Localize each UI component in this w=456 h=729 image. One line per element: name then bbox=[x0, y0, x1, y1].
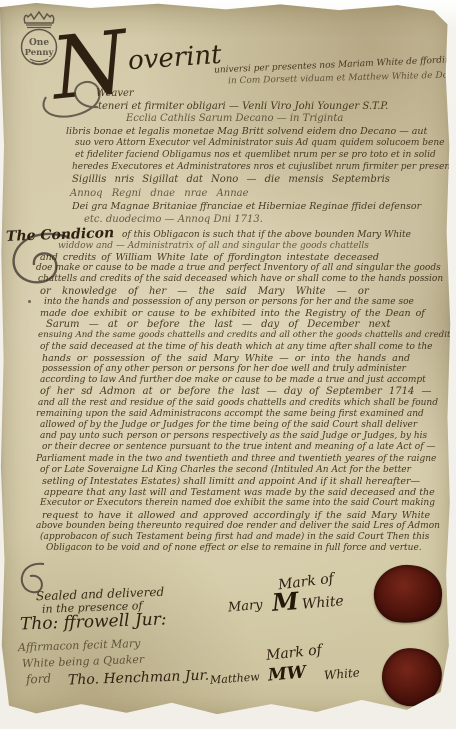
mark-glyph: MW bbox=[267, 664, 306, 684]
condition-line: of or Late Soveraigne Ld King Charles th… bbox=[40, 466, 411, 475]
latin-line: et fideliter faciend Obligamus nos et qu… bbox=[75, 151, 436, 160]
condition-line: or their decree or sentence pursuant to … bbox=[42, 443, 435, 452]
document-scan: One Penny N overint universi per present… bbox=[0, 0, 456, 729]
latin-line: teneri et firmiter obligari — Venli Viro… bbox=[98, 102, 388, 112]
condition-line: request to have it allowed and approved … bbox=[42, 511, 430, 521]
condition-line: into the hands and possession of any per… bbox=[44, 298, 414, 307]
mark-last-name: White bbox=[301, 594, 344, 612]
condition-line: Parliament made in the two and twentieth… bbox=[36, 455, 436, 464]
wax-seal bbox=[371, 562, 445, 627]
witness-signature: Tho: ffrowell Jur: bbox=[20, 611, 167, 633]
attestation-note: Affirmacon fecit Mary bbox=[18, 638, 141, 653]
parchment-page: One Penny N overint universi per present… bbox=[0, 3, 452, 717]
condition-line: Sarum — at or before the last — day of D… bbox=[46, 320, 390, 330]
condition-line: (approbacon of such Testament being firs… bbox=[40, 533, 429, 542]
condition-line: setling of Intestates Estates) shall lim… bbox=[42, 477, 420, 487]
condition-line: hands or possession of the said Mary Whi… bbox=[42, 354, 410, 364]
attestation-note: White being a Quaker bbox=[22, 654, 144, 669]
condition-line: or knowledge of her — the said Mary Whit… bbox=[40, 287, 369, 297]
latin-line: heredes Executores et Administratores nr… bbox=[72, 163, 456, 172]
condition-line: ensuing And the same goods chattells and… bbox=[38, 331, 455, 340]
mark-label: Mark of bbox=[265, 643, 322, 663]
latin-line: Annoq Regni dnae nrae Annae bbox=[70, 189, 249, 199]
mark-first-name: Matthew bbox=[210, 671, 260, 685]
latin-line: etc. duodecimo — Annoq Dni 1713. bbox=[84, 215, 263, 225]
latin-line: Sigillis nris Sigillat dat Nono — die me… bbox=[72, 175, 390, 185]
condition-line: allowed of by the Judge or Judges for th… bbox=[40, 421, 417, 430]
condition-line: according to law And further doe make or… bbox=[40, 376, 426, 385]
latin-line: Dei gra Magnae Britaniae ffranciae et Hi… bbox=[72, 202, 421, 212]
ink-spot bbox=[398, 709, 403, 713]
wax-seal bbox=[380, 646, 444, 708]
ink-speck bbox=[28, 300, 31, 303]
mark-last-name: White bbox=[324, 666, 361, 681]
condition-line: and credits of William White late of ffo… bbox=[40, 253, 379, 263]
condition-line: appeare that any last will and Testament… bbox=[44, 488, 435, 498]
condition-line: widdow and — Administratrix of all and s… bbox=[58, 242, 369, 251]
condition-line: made doe exhibit or cause to be exhibite… bbox=[40, 309, 425, 319]
condition-line: and pay unto such person or persons resp… bbox=[40, 432, 427, 441]
witness-signature: Tho. Henchman Jur. bbox=[68, 669, 210, 688]
mark-first-name: Mary bbox=[227, 599, 263, 615]
latin-line: libris bonae et legalis monetae Mag Brit… bbox=[66, 127, 427, 137]
latin-line: Weaver bbox=[96, 89, 134, 99]
stamp-text-one: One bbox=[29, 38, 49, 48]
latin-line: suo vero Attorn Executor vel Administrat… bbox=[75, 139, 444, 148]
condition-line: of her sd Admon at or before the last — … bbox=[40, 387, 432, 397]
condition-line: Obligacon to be void and of none effect … bbox=[46, 544, 422, 553]
condition-line: chattells and credits of the said deceas… bbox=[38, 275, 443, 284]
condition-line: of this Obligacon is such that if the ab… bbox=[122, 231, 411, 240]
condition-line: Executor or Executors therein named doe … bbox=[40, 499, 435, 508]
condition-line: remaining upon the said Administracons a… bbox=[36, 410, 424, 419]
attestation-note: ford bbox=[26, 672, 52, 685]
condition-line: of the said deceased at the time of his … bbox=[40, 343, 433, 352]
condition-line: possession of any other person or person… bbox=[42, 365, 406, 374]
condition-line: and all the rest and residue of the said… bbox=[38, 399, 438, 408]
condition-line: above bounden being thereunto required d… bbox=[36, 522, 440, 531]
mark-glyph: M bbox=[271, 589, 299, 615]
condition-line: doe make or cause to be made a true and … bbox=[36, 264, 441, 273]
opening-word: overint bbox=[127, 42, 222, 74]
latin-line: Ecclia Cathlis Sarum Decano — in Trigint… bbox=[126, 114, 343, 124]
